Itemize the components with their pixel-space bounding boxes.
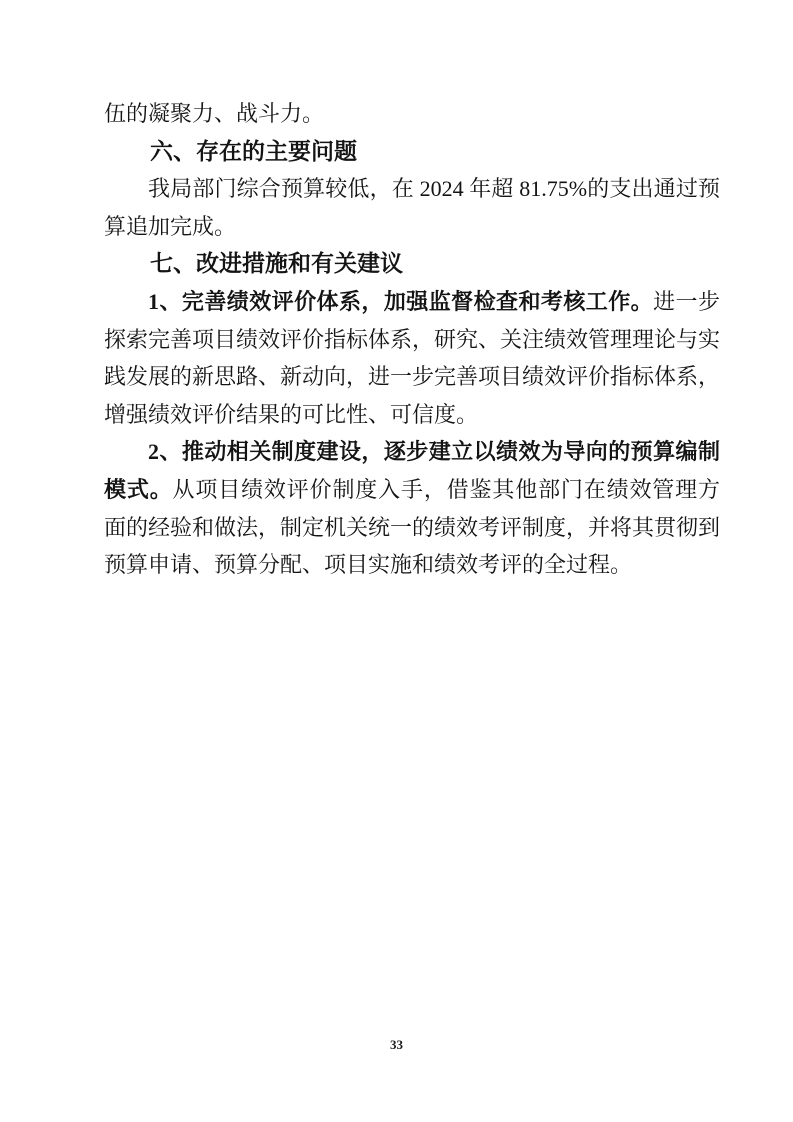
paragraph-measure-1: 1、完善绩效评价体系，加强监督检查和考核工作。进一步探索完善项目绩效评价指标体系… — [104, 283, 720, 433]
section-heading-seven: 七、改进措施和有关建议 — [104, 245, 720, 283]
section-heading-six: 六、存在的主要问题 — [104, 133, 720, 171]
paragraph-measure-2: 2、推动相关制度建设，逐步建立以绩效为导向的预算编制模式。从项目绩效评价制度入手… — [104, 433, 720, 583]
paragraph-continuation: 伍的凝聚力、战斗力。 — [104, 95, 720, 133]
measure-2-text: 从项目绩效评价制度入手，借鉴其他部门在绩效管理方面的经验和做法，制定机关统一的绩… — [104, 477, 720, 577]
document-page: 伍的凝聚力、战斗力。 六、存在的主要问题 我局部门综合预算较低，在 2024 年… — [0, 0, 793, 1122]
paragraph-main-problems: 我局部门综合预算较低，在 2024 年超 81.75%的支出通过预算追加完成。 — [104, 170, 720, 245]
page-footer: 33 — [0, 1036, 793, 1054]
measure-1-lead: 1、完善绩效评价体系，加强监督检查和考核工作。 — [148, 289, 653, 314]
page-number: 33 — [390, 1037, 403, 1052]
document-body: 伍的凝聚力、战斗力。 六、存在的主要问题 我局部门综合预算较低，在 2024 年… — [104, 95, 720, 584]
